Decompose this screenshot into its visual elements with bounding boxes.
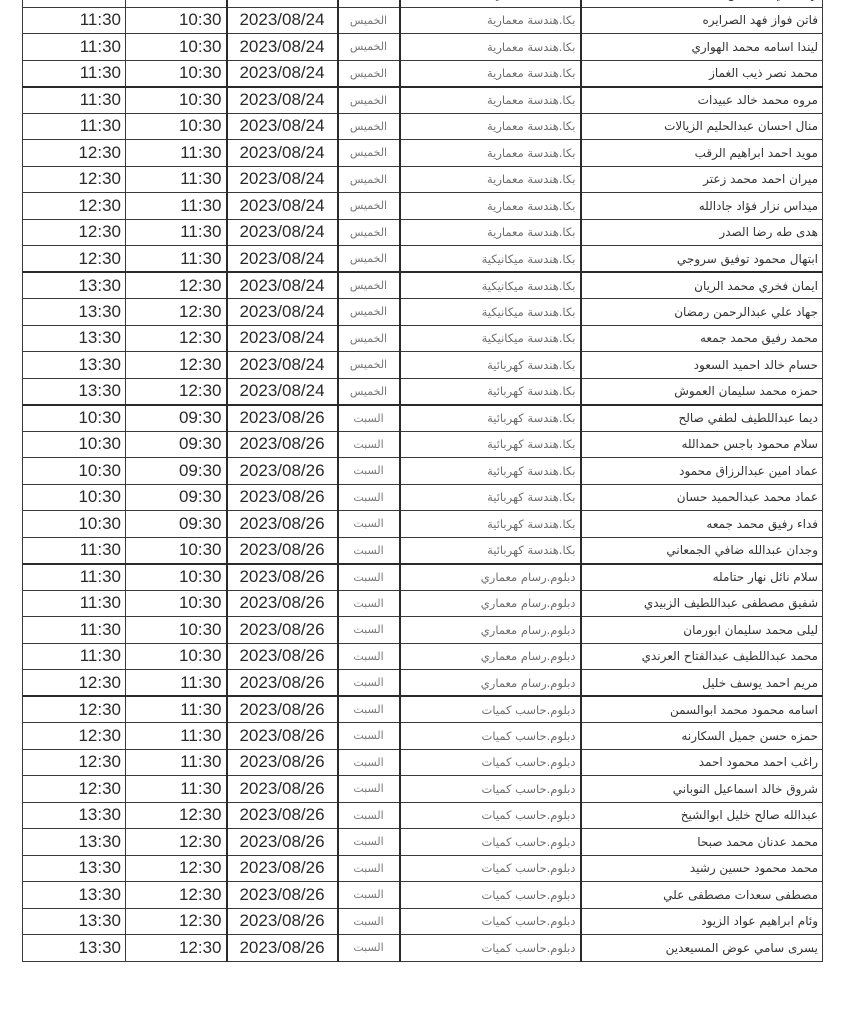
table-row: 12:30 11:30 2023/08/24 الخميس بكا.هندسة …: [23, 166, 823, 193]
major-cell: دبلوم.حاسب كميات: [400, 696, 581, 723]
day-cell: الخميس: [338, 325, 400, 352]
student-name-cell: سلام محمود باجس حمدالله: [581, 431, 823, 458]
start-time-cell: 09:30: [126, 458, 227, 485]
day-cell: السبت: [338, 696, 400, 723]
date-cell: 2023/08/26: [227, 908, 338, 935]
table-row: 12:30 11:30 2023/08/26 السبت دبلوم.حاسب …: [23, 723, 823, 750]
student-name-cell: حمزه حسن جميل السكارنه: [581, 723, 823, 750]
end-time-cell: 13:30: [23, 908, 126, 935]
student-name-cell: ليندا اسامه محمد الهواري: [581, 34, 823, 61]
table-row: 12:30 11:30 2023/08/26 السبت دبلوم.حاسب …: [23, 776, 823, 803]
student-name-cell: مروه محمد خالد عبيدات: [581, 87, 823, 114]
start-time-cell: 09:30: [126, 405, 227, 432]
table-row: 12:30 11:30 2023/08/26 السبت دبلوم.حاسب …: [23, 749, 823, 776]
date-cell: 2023/08/24: [227, 7, 338, 34]
major-cell: بكا.هندسة كهربائية: [400, 458, 581, 485]
major-cell: دبلوم.حاسب كميات: [400, 723, 581, 750]
major-cell: بكا.هندسة معمارية: [400, 0, 581, 7]
table-row: 13:30 12:30 2023/08/24 الخميس بكا.هندسة …: [23, 272, 823, 299]
major-cell: دبلوم.رسام معماري: [400, 670, 581, 697]
major-cell: دبلوم.رسام معماري: [400, 590, 581, 617]
day-cell: السبت: [338, 590, 400, 617]
table-row: 13:30 12:30 2023/08/26 السبت دبلوم.حاسب …: [23, 802, 823, 829]
date-cell: 2023/08/26: [227, 776, 338, 803]
date-cell: 2023/08/24: [227, 193, 338, 220]
date-cell: 2023/08/24: [227, 246, 338, 273]
end-time-cell: 13:30: [23, 272, 126, 299]
date-cell: 2023/08/26: [227, 855, 338, 882]
major-cell: دبلوم.رسام معماري: [400, 617, 581, 644]
end-time-cell: 13:30: [23, 299, 126, 326]
table-row: 10:30 09:30 2023/08/26 السبت بكا.هندسة ك…: [23, 431, 823, 458]
start-time-cell: 10:30: [126, 564, 227, 591]
date-cell: 2023/08/24: [227, 299, 338, 326]
start-time-cell: 11:30: [126, 166, 227, 193]
major-cell: دبلوم.حاسب كميات: [400, 855, 581, 882]
date-cell: 2023/08/24: [227, 0, 338, 7]
start-time-cell: 10:30: [126, 590, 227, 617]
day-cell: السبت: [338, 670, 400, 697]
student-name-cell: منال احسان عبدالحليم الزيالات: [581, 113, 823, 140]
start-time-cell: 12:30: [126, 802, 227, 829]
date-cell: 2023/08/26: [227, 882, 338, 909]
major-cell: بكا.هندسة ميكانيكية: [400, 299, 581, 326]
table-row: 11:30 10:30 2023/08/26 السبت دبلوم.رسام …: [23, 590, 823, 617]
student-name-cell: جهاد علي عبدالرحمن رمضان: [581, 299, 823, 326]
start-time-cell: 11:30: [126, 219, 227, 246]
student-name-cell: يسرى سامي عوض المسيعدين: [581, 935, 823, 962]
day-cell: الخميس: [338, 7, 400, 34]
major-cell: بكا.هندسة كهربائية: [400, 405, 581, 432]
end-time-cell: 10:30: [23, 405, 126, 432]
major-cell: بكا.هندسة معمارية: [400, 166, 581, 193]
table-row: 13:30 12:30 2023/08/26 السبت دبلوم.حاسب …: [23, 908, 823, 935]
end-time-cell: 13:30: [23, 802, 126, 829]
student-name-cell: وئام ابراهيم عواد الزيود: [581, 908, 823, 935]
day-cell: السبت: [338, 802, 400, 829]
student-name-cell: مريم احمد يوسف خليل: [581, 670, 823, 697]
student-name-cell: اسامه محمود محمد ابوالسمن: [581, 696, 823, 723]
major-cell: بكا.هندسة معمارية: [400, 219, 581, 246]
end-time-cell: 12:30: [23, 193, 126, 220]
end-time-cell: 11:30: [23, 87, 126, 114]
end-time-cell: 13:30: [23, 882, 126, 909]
major-cell: دبلوم.حاسب كميات: [400, 908, 581, 935]
major-cell: دبلوم.حاسب كميات: [400, 776, 581, 803]
day-cell: السبت: [338, 511, 400, 538]
student-name-cell: حسام خالد احميد السعود: [581, 352, 823, 379]
day-cell: الخميس: [338, 272, 400, 299]
day-cell: الخميس: [338, 378, 400, 405]
day-cell: السبت: [338, 723, 400, 750]
date-cell: 2023/08/26: [227, 484, 338, 511]
date-cell: 2023/08/24: [227, 378, 338, 405]
day-cell: الخميس: [338, 87, 400, 114]
major-cell: بكا.هندسة ميكانيكية: [400, 246, 581, 273]
end-time-cell: 12:30: [23, 166, 126, 193]
date-cell: 2023/08/24: [227, 60, 338, 87]
table-row: 13:30 12:30 2023/08/26 السبت دبلوم.حاسب …: [23, 855, 823, 882]
day-cell: السبت: [338, 564, 400, 591]
major-cell: بكا.هندسة ميكانيكية: [400, 325, 581, 352]
date-cell: 2023/08/26: [227, 670, 338, 697]
major-cell: بكا.هندسة كهربائية: [400, 352, 581, 379]
major-cell: بكا.هندسة معمارية: [400, 193, 581, 220]
student-name-cell: محمد عبداللطيف عبدالفتاح العرندي: [581, 643, 823, 670]
end-time-cell: 12:30: [23, 723, 126, 750]
table-row: 13:30 12:30 2023/08/26 السبت دبلوم.حاسب …: [23, 882, 823, 909]
table-body: 10:30 09:30 2023/08/24 الخميس بكا.هندسة …: [23, 0, 823, 961]
end-time-cell: 13:30: [23, 325, 126, 352]
start-time-cell: 11:30: [126, 193, 227, 220]
day-cell: السبت: [338, 776, 400, 803]
start-time-cell: 11:30: [126, 696, 227, 723]
start-time-cell: 10:30: [126, 643, 227, 670]
day-cell: السبت: [338, 882, 400, 909]
date-cell: 2023/08/26: [227, 829, 338, 856]
student-name-cell: عبدالله صالح خليل ابوالشيخ: [581, 802, 823, 829]
start-time-cell: 12:30: [126, 908, 227, 935]
major-cell: بكا.هندسة معمارية: [400, 60, 581, 87]
student-name-cell: محمد محمود حسين رشيد: [581, 855, 823, 882]
date-cell: 2023/08/26: [227, 935, 338, 962]
major-cell: بكا.هندسة معمارية: [400, 87, 581, 114]
date-cell: 2023/08/26: [227, 802, 338, 829]
date-cell: 2023/08/24: [227, 34, 338, 61]
end-time-cell: 12:30: [23, 219, 126, 246]
day-cell: الخميس: [338, 166, 400, 193]
day-cell: السبت: [338, 458, 400, 485]
date-cell: 2023/08/26: [227, 590, 338, 617]
start-time-cell: 11:30: [126, 670, 227, 697]
student-name-cell: ميران احمد محمد زعتر: [581, 166, 823, 193]
major-cell: دبلوم.حاسب كميات: [400, 882, 581, 909]
end-time-cell: 12:30: [23, 670, 126, 697]
date-cell: 2023/08/24: [227, 87, 338, 114]
table-row: 11:30 10:30 2023/08/24 الخميس بكا.هندسة …: [23, 60, 823, 87]
student-name-cell: راغب احمد محمود احمد: [581, 749, 823, 776]
date-cell: 2023/08/26: [227, 643, 338, 670]
student-name-cell: عماد محمد عبدالحميد حسان: [581, 484, 823, 511]
date-cell: 2023/08/26: [227, 617, 338, 644]
student-name-cell: ديما عبداللطيف لطفي صالح: [581, 405, 823, 432]
student-name-cell: شروق خالد اسماعيل النوباني: [581, 776, 823, 803]
end-time-cell: 12:30: [23, 749, 126, 776]
start-time-cell: 12:30: [126, 829, 227, 856]
student-name-cell: مصطفى سعدات مصطفى علي: [581, 882, 823, 909]
student-name-cell: فاتن فواز فهد الصرايره: [581, 7, 823, 34]
student-name-cell: محمد رفيق محمد جمعه: [581, 325, 823, 352]
start-time-cell: 11:30: [126, 246, 227, 273]
start-time-cell: 10:30: [126, 7, 227, 34]
day-cell: السبت: [338, 617, 400, 644]
table-row: 11:30 10:30 2023/08/24 الخميس بكا.هندسة …: [23, 34, 823, 61]
start-time-cell: 12:30: [126, 378, 227, 405]
table-row: 11:30 10:30 2023/08/26 السبت دبلوم.رسام …: [23, 617, 823, 644]
student-name-cell: وجدان عبدالله ضافي الجمعاني: [581, 537, 823, 564]
day-cell: الخميس: [338, 193, 400, 220]
student-name-cell: ليلى محمد سليمان ابورمان: [581, 617, 823, 644]
major-cell: بكا.هندسة كهربائية: [400, 378, 581, 405]
start-time-cell: 12:30: [126, 935, 227, 962]
end-time-cell: 10:30: [23, 0, 126, 7]
start-time-cell: 11:30: [126, 723, 227, 750]
end-time-cell: 10:30: [23, 484, 126, 511]
start-time-cell: 12:30: [126, 299, 227, 326]
student-name-cell: ميداس نزار فؤاد جادالله: [581, 193, 823, 220]
major-cell: بكا.هندسة كهربائية: [400, 537, 581, 564]
day-cell: الخميس: [338, 60, 400, 87]
day-cell: الخميس: [338, 34, 400, 61]
student-name-cell: عماد امين عبدالرزاق محمود: [581, 458, 823, 485]
day-cell: الخميس: [338, 113, 400, 140]
start-time-cell: 10:30: [126, 87, 227, 114]
date-cell: 2023/08/24: [227, 219, 338, 246]
end-time-cell: 11:30: [23, 113, 126, 140]
day-cell: الخميس: [338, 0, 400, 7]
start-time-cell: 09:30: [126, 511, 227, 538]
table-row: 11:30 10:30 2023/08/26 السبت دبلوم.رسام …: [23, 643, 823, 670]
table-row: 12:30 11:30 2023/08/24 الخميس بكا.هندسة …: [23, 193, 823, 220]
end-time-cell: 13:30: [23, 935, 126, 962]
end-time-cell: 11:30: [23, 60, 126, 87]
start-time-cell: 12:30: [126, 882, 227, 909]
student-name-cell: حمزه محمد سليمان العموش: [581, 378, 823, 405]
end-time-cell: 12:30: [23, 776, 126, 803]
date-cell: 2023/08/26: [227, 564, 338, 591]
table-row: 11:30 10:30 2023/08/26 السبت بكا.هندسة ك…: [23, 537, 823, 564]
day-cell: السبت: [338, 908, 400, 935]
end-time-cell: 12:30: [23, 140, 126, 167]
major-cell: بكا.هندسة معمارية: [400, 34, 581, 61]
student-name-cell: هدى طه رضا الصدر: [581, 219, 823, 246]
start-time-cell: 09:30: [126, 0, 227, 7]
date-cell: 2023/08/24: [227, 166, 338, 193]
day-cell: الخميس: [338, 352, 400, 379]
student-name-cell: شفيق مصطفى عبداللطيف الزبيدي: [581, 590, 823, 617]
major-cell: بكا.هندسة كهربائية: [400, 511, 581, 538]
end-time-cell: 11:30: [23, 34, 126, 61]
day-cell: الخميس: [338, 299, 400, 326]
start-time-cell: 11:30: [126, 749, 227, 776]
date-cell: 2023/08/24: [227, 325, 338, 352]
date-cell: 2023/08/26: [227, 749, 338, 776]
table-row: 13:30 12:30 2023/08/24 الخميس بكا.هندسة …: [23, 299, 823, 326]
student-name-cell: ايمان فخري محمد الريان: [581, 272, 823, 299]
day-cell: السبت: [338, 935, 400, 962]
major-cell: بكا.هندسة معمارية: [400, 140, 581, 167]
start-time-cell: 09:30: [126, 431, 227, 458]
start-time-cell: 10:30: [126, 617, 227, 644]
date-cell: 2023/08/26: [227, 458, 338, 485]
end-time-cell: 12:30: [23, 246, 126, 273]
day-cell: السبت: [338, 484, 400, 511]
table-row: 12:30 11:30 2023/08/26 السبت دبلوم.حاسب …: [23, 696, 823, 723]
start-time-cell: 12:30: [126, 855, 227, 882]
start-time-cell: 10:30: [126, 34, 227, 61]
table-row: 11:30 10:30 2023/08/24 الخميس بكا.هندسة …: [23, 113, 823, 140]
date-cell: 2023/08/26: [227, 431, 338, 458]
exam-schedule-table: 10:30 09:30 2023/08/24 الخميس بكا.هندسة …: [22, 0, 823, 962]
table-row: 12:30 11:30 2023/08/24 الخميس بكا.هندسة …: [23, 246, 823, 273]
table-row: 10:30 09:30 2023/08/26 السبت بكا.هندسة ك…: [23, 405, 823, 432]
table-row: 13:30 12:30 2023/08/24 الخميس بكا.هندسة …: [23, 325, 823, 352]
start-time-cell: 12:30: [126, 352, 227, 379]
day-cell: السبت: [338, 431, 400, 458]
day-cell: السبت: [338, 643, 400, 670]
day-cell: الخميس: [338, 219, 400, 246]
table-row: 12:30 11:30 2023/08/24 الخميس بكا.هندسة …: [23, 140, 823, 167]
major-cell: دبلوم.رسام معماري: [400, 643, 581, 670]
major-cell: دبلوم.حاسب كميات: [400, 829, 581, 856]
start-time-cell: 12:30: [126, 272, 227, 299]
student-name-cell: محمد عدنان محمد صبحا: [581, 829, 823, 856]
date-cell: 2023/08/24: [227, 272, 338, 299]
start-time-cell: 10:30: [126, 537, 227, 564]
student-name-cell: مويد احمد ابراهيم الرقب: [581, 140, 823, 167]
table-row: 12:30 11:30 2023/08/24 الخميس بكا.هندسة …: [23, 219, 823, 246]
exam-schedule-sheet: 10:30 09:30 2023/08/24 الخميس بكا.هندسة …: [22, 0, 822, 962]
table-row: 13:30 12:30 2023/08/24 الخميس بكا.هندسة …: [23, 352, 823, 379]
start-time-cell: 11:30: [126, 140, 227, 167]
end-time-cell: 11:30: [23, 617, 126, 644]
major-cell: بكا.هندسة معمارية: [400, 7, 581, 34]
end-time-cell: 11:30: [23, 590, 126, 617]
student-name-cell: سلام نائل نهار حتامله: [581, 564, 823, 591]
start-time-cell: 10:30: [126, 113, 227, 140]
date-cell: 2023/08/26: [227, 537, 338, 564]
major-cell: بكا.هندسة كهربائية: [400, 431, 581, 458]
day-cell: السبت: [338, 855, 400, 882]
major-cell: بكا.هندسة معمارية: [400, 113, 581, 140]
major-cell: دبلوم.رسام معماري: [400, 564, 581, 591]
date-cell: 2023/08/24: [227, 352, 338, 379]
date-cell: 2023/08/26: [227, 405, 338, 432]
table-row: 10:30 09:30 2023/08/26 السبت بكا.هندسة ك…: [23, 511, 823, 538]
end-time-cell: 13:30: [23, 829, 126, 856]
table-row: 13:30 12:30 2023/08/24 الخميس بكا.هندسة …: [23, 378, 823, 405]
table-row: 13:30 12:30 2023/08/26 السبت دبلوم.حاسب …: [23, 829, 823, 856]
start-time-cell: 12:30: [126, 325, 227, 352]
end-time-cell: 11:30: [23, 7, 126, 34]
table-row: 10:30 09:30 2023/08/26 السبت بكا.هندسة ك…: [23, 484, 823, 511]
major-cell: دبلوم.حاسب كميات: [400, 935, 581, 962]
end-time-cell: 11:30: [23, 537, 126, 564]
date-cell: 2023/08/24: [227, 140, 338, 167]
major-cell: دبلوم.حاسب كميات: [400, 802, 581, 829]
day-cell: السبت: [338, 749, 400, 776]
student-name-cell: نهى علي عبد امين ...: [581, 0, 823, 7]
table-row: 12:30 11:30 2023/08/26 السبت دبلوم.رسام …: [23, 670, 823, 697]
end-time-cell: 11:30: [23, 564, 126, 591]
table-row: 11:30 10:30 2023/08/24 الخميس بكا.هندسة …: [23, 7, 823, 34]
date-cell: 2023/08/24: [227, 113, 338, 140]
student-name-cell: فداء رفيق محمد جمعه: [581, 511, 823, 538]
table-row: 10:30 09:30 2023/08/24 الخميس بكا.هندسة …: [23, 0, 823, 7]
table-row: 13:30 12:30 2023/08/26 السبت دبلوم.حاسب …: [23, 935, 823, 962]
major-cell: بكا.هندسة كهربائية: [400, 484, 581, 511]
end-time-cell: 10:30: [23, 431, 126, 458]
date-cell: 2023/08/26: [227, 511, 338, 538]
table-row: 11:30 10:30 2023/08/24 الخميس بكا.هندسة …: [23, 87, 823, 114]
day-cell: السبت: [338, 537, 400, 564]
end-time-cell: 10:30: [23, 511, 126, 538]
student-name-cell: محمد نصر ذيب الغماز: [581, 60, 823, 87]
table-row: 10:30 09:30 2023/08/26 السبت بكا.هندسة ك…: [23, 458, 823, 485]
day-cell: الخميس: [338, 140, 400, 167]
student-name-cell: ابتهال محمود توفيق سروجي: [581, 246, 823, 273]
table-row: 11:30 10:30 2023/08/26 السبت دبلوم.رسام …: [23, 564, 823, 591]
major-cell: بكا.هندسة ميكانيكية: [400, 272, 581, 299]
start-time-cell: 11:30: [126, 776, 227, 803]
end-time-cell: 13:30: [23, 855, 126, 882]
major-cell: دبلوم.حاسب كميات: [400, 749, 581, 776]
day-cell: الخميس: [338, 246, 400, 273]
date-cell: 2023/08/26: [227, 696, 338, 723]
day-cell: السبت: [338, 829, 400, 856]
date-cell: 2023/08/26: [227, 723, 338, 750]
end-time-cell: 11:30: [23, 643, 126, 670]
end-time-cell: 12:30: [23, 696, 126, 723]
day-cell: السبت: [338, 405, 400, 432]
end-time-cell: 13:30: [23, 352, 126, 379]
start-time-cell: 09:30: [126, 484, 227, 511]
end-time-cell: 13:30: [23, 378, 126, 405]
end-time-cell: 10:30: [23, 458, 126, 485]
start-time-cell: 10:30: [126, 60, 227, 87]
